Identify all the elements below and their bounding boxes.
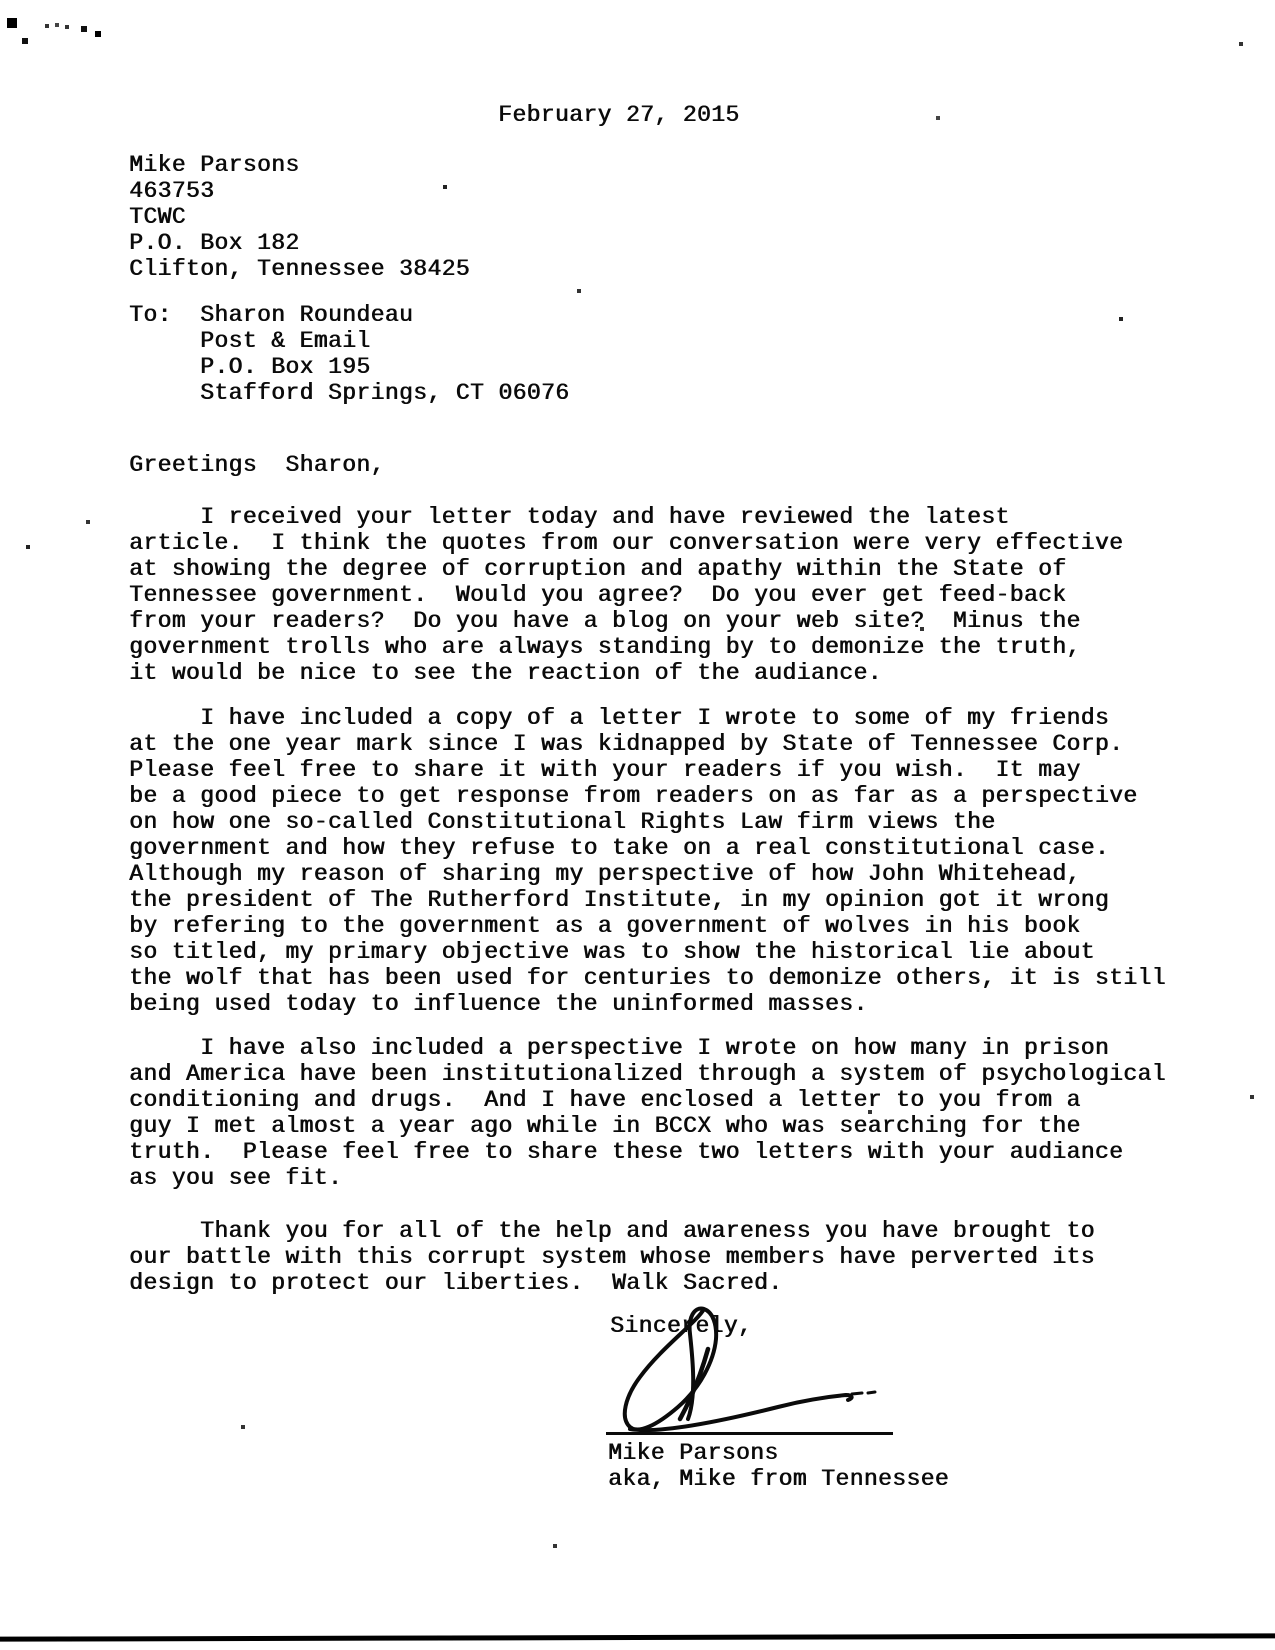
- signature-line: [606, 1432, 893, 1435]
- letter-date: February 27, 2015: [498, 102, 739, 128]
- paragraph-1: I received your letter today and have re…: [129, 504, 1123, 686]
- signature-name: Mike Parsons: [608, 1440, 778, 1466]
- signature-aka: aka, Mike from Tennessee: [608, 1466, 949, 1492]
- paragraph-2: I have included a copy of a letter I wro…: [129, 705, 1166, 1017]
- signature-scrawl: [600, 1303, 900, 1438]
- salutation: Greetings Sharon,: [129, 452, 385, 478]
- scan-specks: [0, 0, 2, 2]
- scan-artifact-bar: [0, 1633, 1275, 1641]
- letter-page: February 27, 2015 Mike Parsons 463753 TC…: [0, 0, 1275, 1650]
- paragraph-4: Thank you for all of the help and awaren…: [129, 1218, 1095, 1296]
- paragraph-3: I have also included a perspective I wro…: [129, 1035, 1166, 1191]
- sender-address: Mike Parsons 463753 TCWC P.O. Box 182 Cl…: [129, 152, 470, 282]
- recipient-address: To: Sharon Roundeau Post & Email P.O. Bo…: [129, 302, 569, 406]
